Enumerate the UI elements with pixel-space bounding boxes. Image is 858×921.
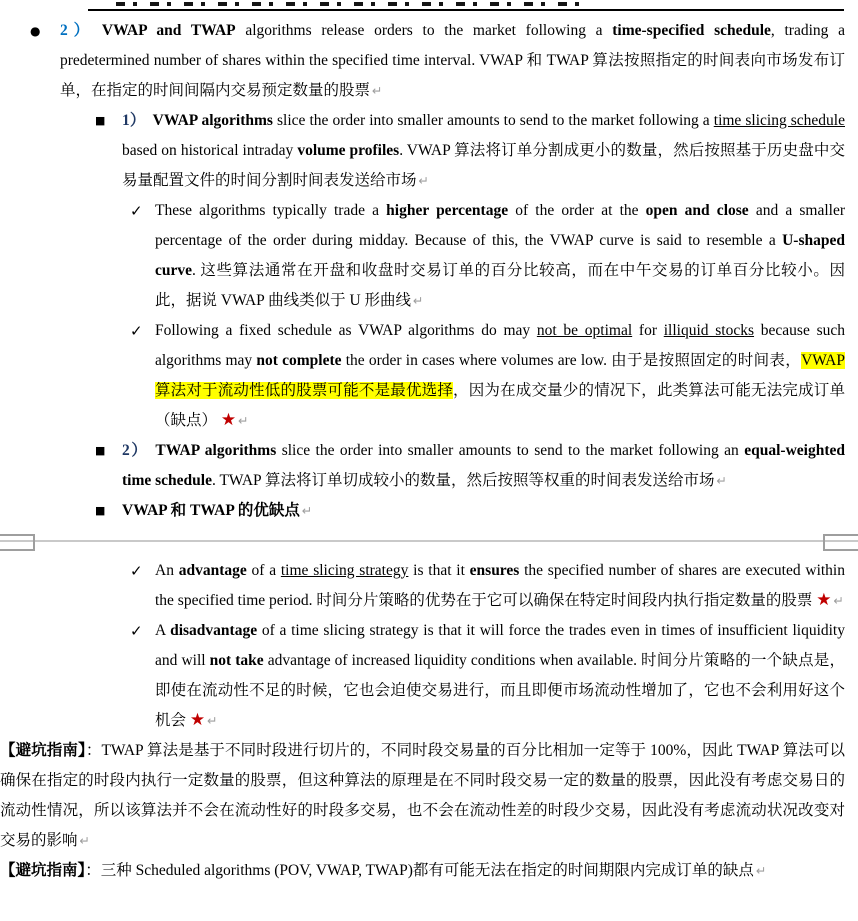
page-edge-left-marker	[0, 534, 35, 551]
paragraph: ■1）VWAP algorithms slice the order into …	[0, 106, 845, 196]
paragraph: ●2）VWAP and TWAP algorithms release orde…	[0, 16, 845, 106]
square-bullet-icon: ■	[95, 436, 105, 466]
text-segment: higher percentage	[386, 202, 508, 219]
page-edge-right-marker	[823, 534, 858, 551]
cutoff-glyph-marks	[116, 2, 592, 6]
text-segment: slice the order into smaller amounts to …	[273, 112, 714, 129]
text-segment: of a	[247, 562, 281, 579]
text-segment: ：三种 Scheduled algorithms (POV, VWAP, TWA…	[85, 862, 754, 879]
text-segment: not be optimal	[537, 322, 632, 339]
text-segment: time-specified schedule	[612, 22, 771, 39]
text-segment: volume profiles	[297, 142, 399, 159]
square-bullet-icon: ■	[95, 496, 105, 526]
paragraph: ✓An advantage of a time slicing strategy…	[0, 556, 845, 616]
paragraph-return-icon: ↵	[419, 173, 429, 188]
checkmark-icon: ✓	[130, 556, 143, 586]
star-icon: ★	[816, 590, 831, 610]
text-segment: VWAP 和 TWAP 的优缺点	[122, 502, 300, 519]
text-segment: 【避坑指南】	[0, 742, 86, 759]
checkmark-icon: ✓	[130, 616, 143, 646]
text-segment: not take	[210, 652, 264, 669]
text-segment: the order in cases where volumes are low…	[342, 352, 802, 369]
paragraph-return-icon: ↵	[207, 713, 217, 728]
text-segment: disadvantage	[170, 622, 257, 639]
document-page: ●2）VWAP and TWAP algorithms release orde…	[0, 0, 858, 886]
paragraph: ■VWAP 和 TWAP 的优缺点↵	[0, 496, 845, 526]
list-number: 2）	[122, 442, 148, 459]
text-segment: not complete	[256, 352, 341, 369]
document-content: ●2）VWAP and TWAP algorithms release orde…	[0, 16, 858, 886]
text-segment: 【避坑指南】	[0, 862, 85, 879]
square-bullet-icon: ■	[95, 106, 105, 136]
text-segment: based on historical intraday	[122, 142, 297, 159]
cutoff-text-line	[0, 0, 858, 7]
text-segment: These algorithms typically trade a	[155, 202, 386, 219]
text-segment: advantage	[179, 562, 247, 579]
paragraph: ✓These algorithms typically trade a high…	[0, 196, 845, 316]
paragraph-return-icon: ↵	[756, 863, 766, 878]
paragraph-return-icon: ↵	[834, 593, 844, 608]
paragraph: ✓Following a fixed schedule as VWAP algo…	[0, 316, 845, 436]
page-break-line	[0, 540, 858, 542]
text-segment: . TWAP 算法将订单切成较小的数量，然后按照等权重的时间表发送给市场	[212, 472, 714, 489]
paragraph: ■2）TWAP algorithms slice the order into …	[0, 436, 845, 496]
text-segment: algorithms release orders to the market …	[236, 22, 613, 39]
horizontal-rule	[88, 9, 844, 11]
text-segment: is that it	[408, 562, 469, 579]
paragraph-return-icon: ↵	[302, 503, 312, 518]
text-segment: ：TWAP 算法是基于不同时段进行切片的，不同时段交易量的百分比相加一定等于 1…	[0, 742, 845, 849]
paragraph: ✓A disadvantage of a time slicing strate…	[0, 616, 845, 736]
text-segment: TWAP algorithms	[155, 442, 276, 459]
paragraph-return-icon: ↵	[413, 293, 423, 308]
text-segment: slice the order into smaller amounts to …	[276, 442, 744, 459]
circle-bullet-icon: ●	[30, 16, 40, 46]
paragraph-return-icon: ↵	[80, 833, 90, 848]
text-segment: An	[155, 562, 179, 579]
star-icon: ★	[221, 410, 236, 430]
text-segment: VWAP algorithms	[153, 112, 273, 129]
text-segment: open and close	[646, 202, 749, 219]
text-segment: VWAP and TWAP	[102, 22, 236, 39]
text-segment: . 这些算法通常在开盘和收盘时交易订单的百分比较高，而在中午交易的订单百分比较小…	[155, 262, 845, 309]
checkmark-icon: ✓	[130, 196, 143, 226]
paragraph: 【避坑指南】：TWAP 算法是基于不同时段进行切片的，不同时段交易量的百分比相加…	[0, 736, 845, 856]
text-segment: Following a fixed schedule as VWAP algor…	[155, 322, 537, 339]
text-segment: of the order at the	[508, 202, 646, 219]
paragraph-return-icon: ↵	[372, 83, 382, 98]
list-number: 1）	[122, 112, 146, 129]
text-segment: for	[632, 322, 664, 339]
paragraph: 【避坑指南】：三种 Scheduled algorithms (POV, VWA…	[0, 856, 845, 886]
paragraph-return-icon: ↵	[716, 473, 726, 488]
text-segment: A	[155, 622, 170, 639]
page-break-divider	[0, 533, 858, 549]
text-segment: illiquid stocks	[664, 322, 754, 339]
paragraph-return-icon: ↵	[238, 413, 248, 428]
text-segment: time slicing strategy	[281, 562, 409, 579]
star-icon: ★	[190, 710, 205, 730]
text-segment: time slicing schedule	[714, 112, 845, 129]
checkmark-icon: ✓	[130, 316, 143, 346]
list-number: 2）	[60, 22, 95, 39]
text-segment: ensures	[470, 562, 520, 579]
